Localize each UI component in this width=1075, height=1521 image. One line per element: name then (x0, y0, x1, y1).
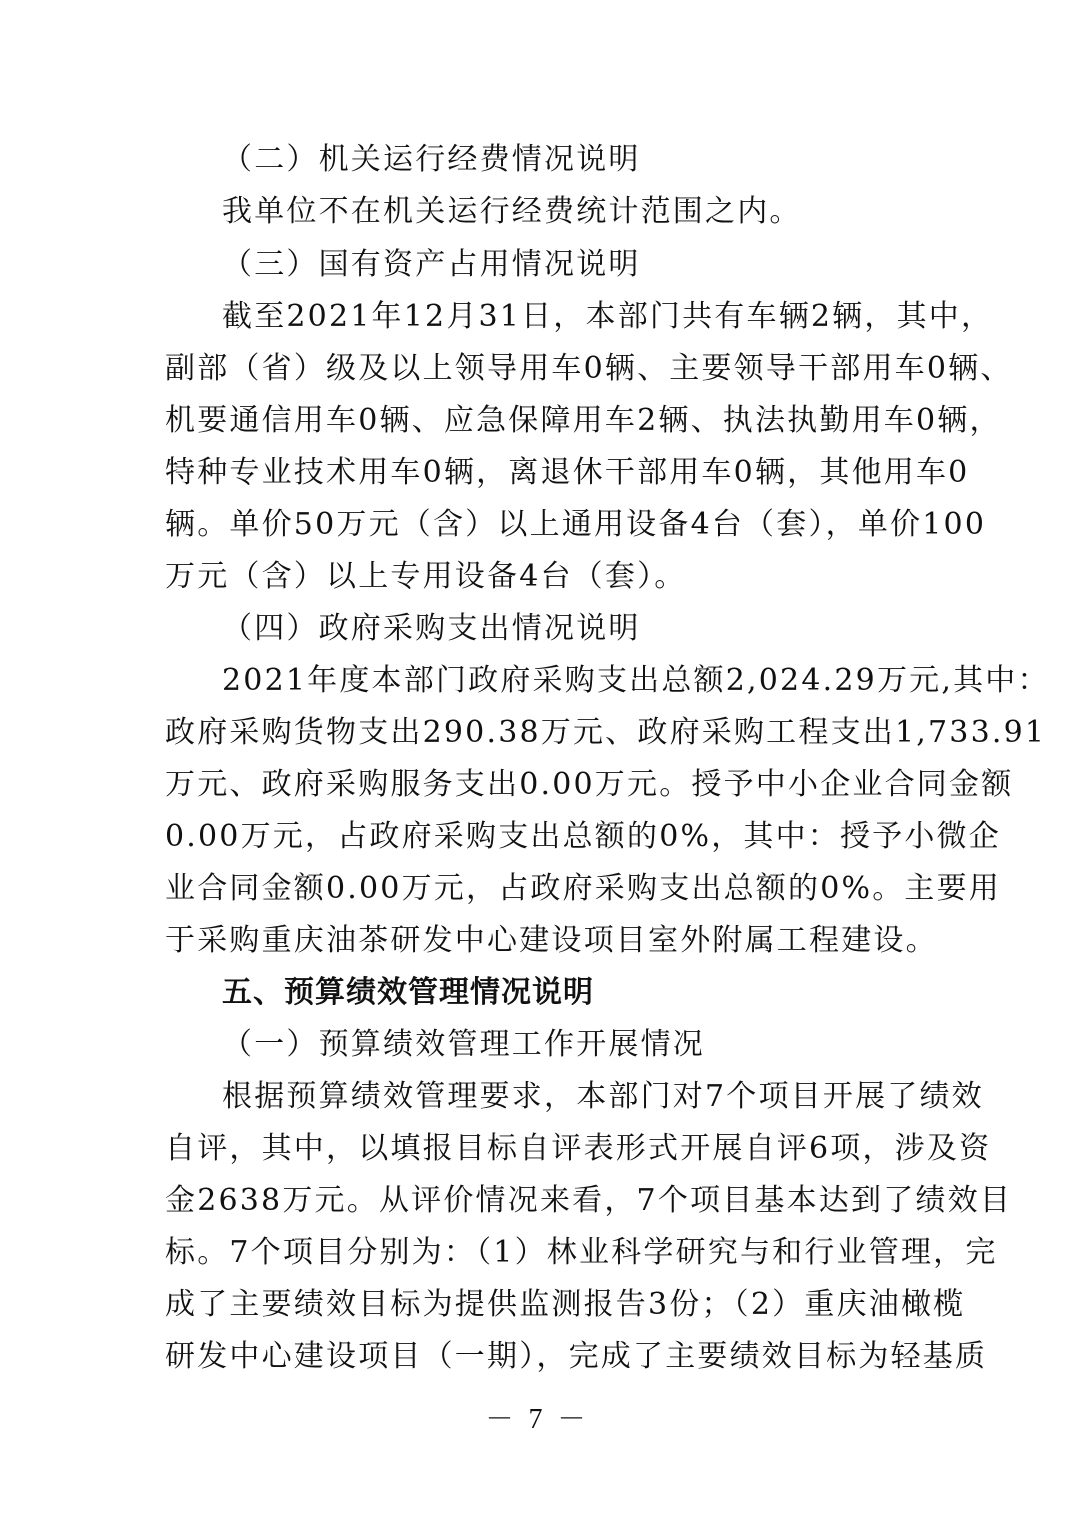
paragraph-performance-line-3: 金2638万元。从评价情况来看，7个项目基本达到了绩效目 (165, 1181, 915, 1221)
paragraph-state-assets-line-5: 辆。单价50万元（含）以上通用设备4台（套），单价100 (165, 505, 915, 545)
paragraph-procurement-line-5: 业合同金额0.00万元，占政府采购支出总额的0%。主要用 (165, 869, 915, 909)
paragraph-state-assets-line-1: 截至2021年12月31日，本部门共有车辆2辆，其中， (222, 297, 915, 337)
subheading-office-operating-expenses: （二）机关运行经费情况说明 (222, 140, 915, 180)
paragraph-state-assets-line-4: 特种专业技术用车0辆，离退休干部用车0辆，其他用车0 (165, 453, 915, 493)
section-heading-performance-management: 五、预算绩效管理情况说明 (222, 973, 915, 1013)
subheading-performance-work: （一）预算绩效管理工作开展情况 (222, 1025, 915, 1065)
paragraph-performance-line-6: 研发中心建设项目（一期），完成了主要绩效目标为轻基质 (165, 1337, 915, 1377)
paragraph-state-assets-line-6: 万元（含）以上专用设备4台（套）。 (165, 557, 915, 597)
paragraph-procurement-line-2: 政府采购货物支出290.38万元、政府采购工程支出1,733.91 (165, 713, 915, 753)
document-page: （二）机关运行经费情况说明 我单位不在机关运行经费统计范围之内。 （三）国有资产… (0, 0, 1075, 1521)
subheading-state-assets: （三）国有资产占用情况说明 (222, 245, 915, 285)
paragraph-performance-line-2: 自评，其中，以填报目标自评表形式开展自评6项，涉及资 (165, 1129, 915, 1169)
page-number: － 7 － (0, 1402, 1075, 1438)
paragraph-office-operating-expenses: 我单位不在机关运行经费统计范围之内。 (222, 192, 915, 232)
paragraph-procurement-line-4: 0.00万元，占政府采购支出总额的0%，其中：授予小微企 (165, 817, 915, 857)
paragraph-performance-line-5: 成了主要绩效目标为提供监测报告3份；（2）重庆油橄榄 (165, 1285, 915, 1325)
paragraph-state-assets-line-3: 机要通信用车0辆、应急保障用车2辆、执法执勤用车0辆， (165, 401, 915, 441)
paragraph-procurement-line-3: 万元、政府采购服务支出0.00万元。授予中小企业合同金额 (165, 765, 915, 805)
subheading-government-procurement: （四）政府采购支出情况说明 (222, 609, 915, 649)
paragraph-state-assets-line-2: 副部（省）级及以上领导用车0辆、主要领导干部用车0辆、 (165, 349, 915, 389)
paragraph-procurement-line-6: 于采购重庆油茶研发中心建设项目室外附属工程建设。 (165, 921, 915, 961)
paragraph-performance-line-4: 标。7个项目分别为：（1）林业科学研究与和行业管理，完 (165, 1233, 915, 1273)
paragraph-procurement-line-1: 2021年度本部门政府采购支出总额2,024.29万元,其中： (222, 661, 915, 701)
paragraph-performance-line-1: 根据预算绩效管理要求，本部门对7个项目开展了绩效 (222, 1077, 915, 1117)
